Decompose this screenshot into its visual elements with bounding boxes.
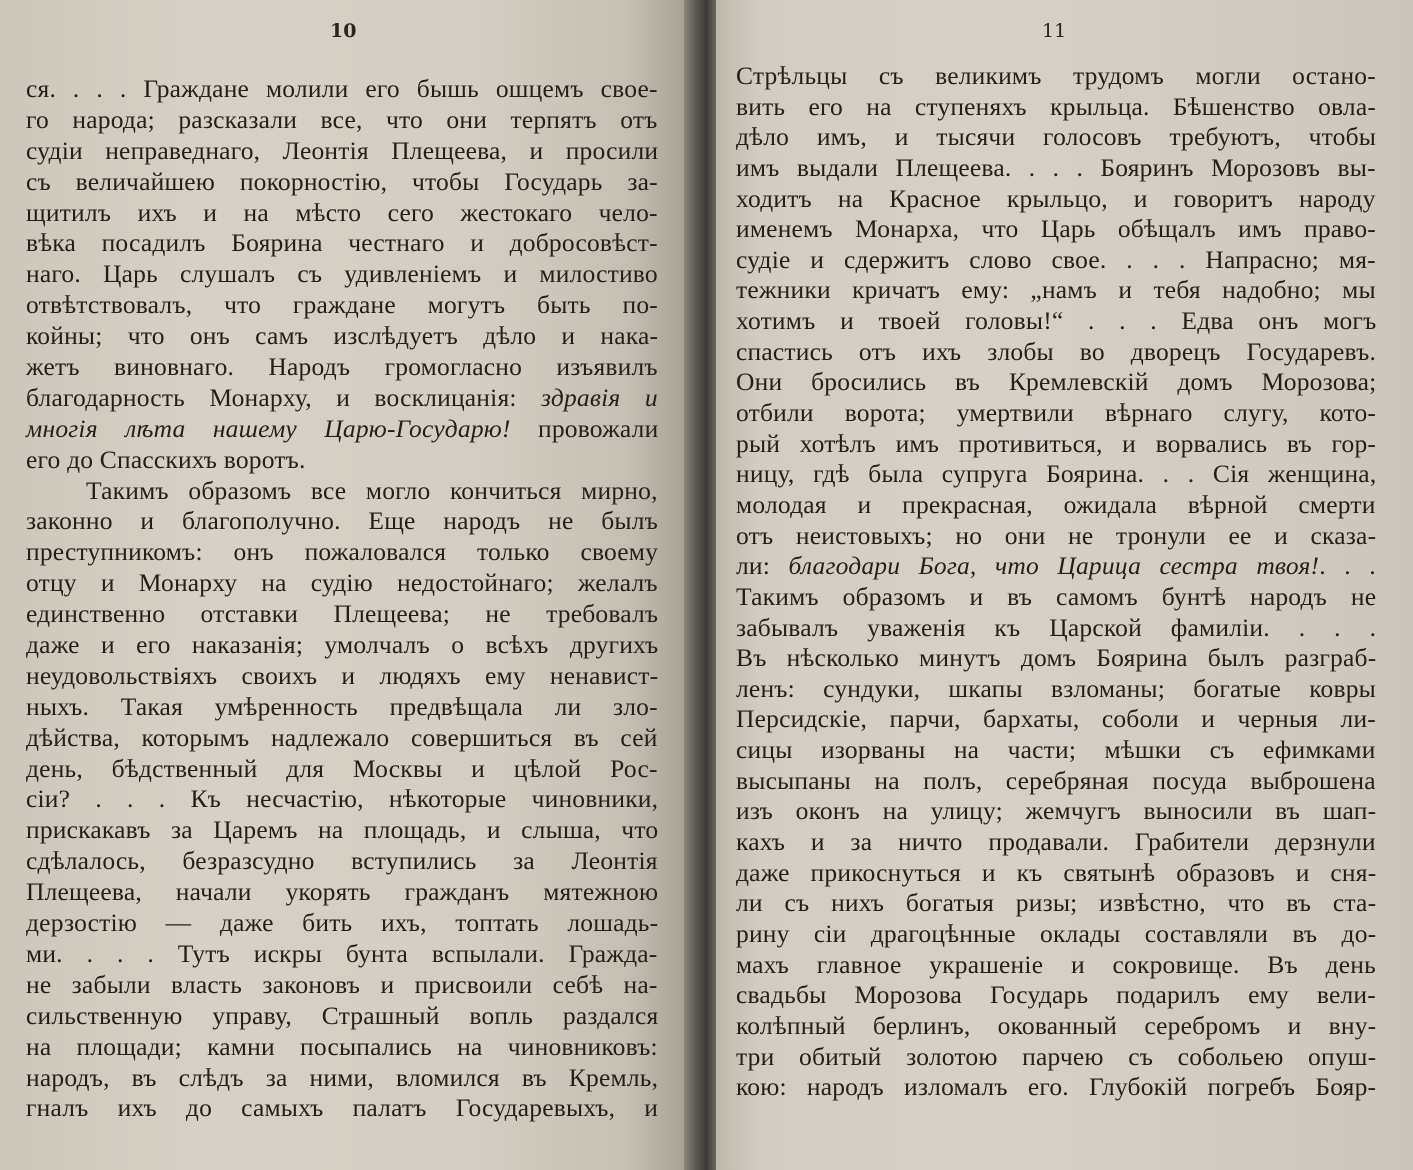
- line-text: отвѣтствовалъ, что граждане могутъ быть …: [26, 290, 658, 319]
- text-line: единственно отставки Плещеева; не требов…: [26, 599, 658, 630]
- text-line: дѣйства, которымъ надлежало совершиться …: [26, 723, 658, 754]
- line-text: кахъ и за ничто продавали. Грабители дер…: [736, 827, 1376, 856]
- line-text: щитилъ ихъ и на мѣсто сего жестокаго чел…: [26, 198, 658, 227]
- page-number: 10: [330, 20, 356, 42]
- line-text: провожали: [511, 414, 659, 443]
- line-text: даже прикоснуться и къ святынѣ образовъ …: [736, 858, 1376, 887]
- text-line: ныхъ. Такая умѣренность предвѣщала ли зл…: [26, 692, 658, 723]
- text-line: Въ нѣсколько минутъ домъ Боярина былъ ра…: [736, 643, 1376, 674]
- line-text: прискакавъ за Царемъ на площадь, и слыша…: [26, 815, 658, 844]
- line-text: Такимъ образомъ и въ самомъ бунтѣ народъ…: [736, 582, 1376, 611]
- text-line: сильственную управу, Страшный вопль разд…: [26, 1001, 658, 1032]
- text-line: неудовольствіяхъ своихъ и людяхъ ему нен…: [26, 661, 658, 692]
- line-text: рину сіи драгоцѣнные оклады составляли в…: [736, 919, 1376, 948]
- text-line: изъ оконъ на улицу; жемчугъ выносили въ …: [736, 796, 1376, 827]
- line-text: сильственную управу, Страшный вопль разд…: [26, 1001, 658, 1030]
- text-line: хотимъ и твоей головы!“ . . . Едва онъ м…: [736, 306, 1376, 337]
- text-line: колѣпный берлинъ, окованный серебромъ и …: [736, 1011, 1376, 1042]
- text-line: Персидскіе, парчи, бархаты, соболи и чер…: [736, 704, 1376, 735]
- text-line: отбили ворота; умертвили вѣрнаго слугу, …: [736, 398, 1376, 429]
- line-text: дѣло имъ, и тысячи голосовъ требуютъ, чт…: [736, 122, 1376, 151]
- italic-quote: многія лѣта нашему Царю-Государю!: [26, 414, 511, 443]
- line-text: Въ нѣсколько минутъ домъ Боярина былъ ра…: [736, 643, 1376, 672]
- line-text: свадьбы Морозова Государь подарилъ ему в…: [736, 980, 1376, 1009]
- text-line: забывалъ уваженія къ Царской фамиліи. . …: [736, 613, 1376, 644]
- line-text: сицы изорваны на части; мѣшки съ ефимкам…: [736, 735, 1376, 764]
- line-text: молодая и прекрасная, ожидала вѣрной сме…: [736, 490, 1376, 519]
- text-line: судіе и сдержитъ слово свое. . . . Напра…: [736, 245, 1376, 276]
- text-line: ходитъ на Красное крыльцо, и говоритъ на…: [736, 184, 1376, 215]
- text-line: именемъ Монарха, что Царь обѣщалъ имъ пр…: [736, 214, 1376, 245]
- line-text: ныхъ. Такая умѣренность предвѣщала ли зл…: [26, 692, 658, 721]
- text-line: го народа; разсказали все, что они терпя…: [26, 105, 658, 136]
- line-text: неудовольствіяхъ своихъ и людяхъ ему нен…: [26, 661, 658, 690]
- line-text: хотимъ и твоей головы!“ . . . Едва онъ м…: [736, 306, 1376, 335]
- text-line: щитилъ ихъ и на мѣсто сего жестокаго чел…: [26, 198, 658, 229]
- text-line: сицы изорваны на части; мѣшки съ ефимкам…: [736, 735, 1376, 766]
- text-line: имъ выдали Плещеева. . . . Бояринъ Мороз…: [736, 153, 1376, 184]
- text-line: ли: благодари Бога, что Царица сестра тв…: [736, 551, 1376, 582]
- text-line: свадьбы Морозова Государь подарилъ ему в…: [736, 980, 1376, 1011]
- text-line: ли съ нихъ богатыя ризы; извѣстно, что в…: [736, 888, 1376, 919]
- line-text: три обитый золотою парчею съ собольею оп…: [736, 1042, 1376, 1071]
- line-text: кою: народъ изломалъ его. Глубокій погре…: [736, 1072, 1376, 1101]
- line-text: сдѣлалось, безразсудно вступились за Лео…: [26, 846, 658, 875]
- text-line: ся. . . . Граждане молили его бышь ошцем…: [26, 74, 658, 105]
- text-line: не забыли власть законовъ и присвоили се…: [26, 970, 658, 1001]
- italic-quote: благодари Бога, что Царица сестра твоя!: [789, 551, 1320, 580]
- line-text: народъ, въ слѣдъ за ними, вломился въ Кр…: [26, 1063, 658, 1092]
- line-text: отъ неистовыхъ; но они не тронули ее и с…: [736, 521, 1376, 550]
- left-page: 10 ся. . . . Граждане молили его бышь ош…: [0, 0, 684, 1170]
- text-line: кою: народъ изломалъ его. Глубокій погре…: [736, 1072, 1376, 1103]
- line-text: Такимъ образомъ все могло кончиться мирн…: [86, 476, 658, 505]
- text-line: рый хотѣлъ имъ противиться, и ворвались …: [736, 429, 1376, 460]
- text-line: три обитый золотою парчею съ собольею оп…: [736, 1042, 1376, 1073]
- line-text: именемъ Монарха, что Царь обѣщалъ имъ пр…: [736, 214, 1376, 243]
- text-line: даже и его наказанія; умолчалъ о всѣхъ д…: [26, 630, 658, 661]
- text-line: гналъ ихъ до самыхъ палатъ Государевыхъ,…: [26, 1093, 658, 1124]
- line-text: даже и его наказанія; умолчалъ о всѣхъ д…: [26, 630, 658, 659]
- text-line: ницу, гдѣ была супруга Боярина. . . Сія …: [736, 459, 1376, 490]
- line-text: Персидскіе, парчи, бархаты, соболи и чер…: [736, 704, 1376, 733]
- line-text: махъ главное украшеніе и сокровище. Въ д…: [736, 950, 1376, 979]
- line-text: ницу, гдѣ была супруга Боярина. . . Сія …: [736, 459, 1376, 488]
- line-text: судіе и сдержитъ слово свое. . . . Напра…: [736, 245, 1376, 274]
- page-body-text: Стрѣльцы съ великимъ трудомъ могли остан…: [736, 61, 1376, 1103]
- text-line: ми. . . . Тутъ искры бунта вспылали. Гра…: [26, 939, 658, 970]
- text-line: жетъ виновнаго. Народъ громогласно изъяв…: [26, 352, 658, 383]
- right-page: 11 Стрѣльцы съ великимъ трудомъ могли ос…: [716, 0, 1413, 1170]
- text-line: вить его на ступеняхъ крыльца. Бѣшенство…: [736, 92, 1376, 123]
- line-text: дерзостію — даже бить ихъ, топтать лошад…: [26, 908, 658, 937]
- line-text: изъ оконъ на улицу; жемчугъ выносили въ …: [736, 796, 1376, 825]
- line-text: не забыли власть законовъ и присвоили се…: [26, 970, 658, 999]
- line-text: Стрѣльцы съ великимъ трудомъ могли остан…: [736, 61, 1376, 90]
- text-line: Плещеева, начали укорять гражданъ мятежн…: [26, 877, 658, 908]
- line-text: единственно отставки Плещеева; не требов…: [26, 599, 658, 628]
- line-text: забывалъ уваженія къ Царской фамиліи. . …: [736, 613, 1376, 642]
- text-line: благодарность Монарху, и восклицанія: зд…: [26, 383, 658, 414]
- line-text: сіи? . . . Къ несчастію, нѣкоторые чинов…: [26, 784, 658, 813]
- line-text: ли:: [736, 551, 789, 580]
- text-line: тежники кричатъ ему: „намъ и тебя надобн…: [736, 275, 1376, 306]
- line-text: высыпаны на полъ, серебряная посуда выбр…: [736, 766, 1376, 795]
- line-text: на площади; камни посыпались на чиновник…: [26, 1032, 658, 1061]
- line-text: вить его на ступеняхъ крыльца. Бѣшенство…: [736, 92, 1376, 121]
- text-line: рину сіи драгоцѣнные оклады составляли в…: [736, 919, 1376, 950]
- line-text: жетъ виновнаго. Народъ громогласно изъяв…: [26, 352, 658, 381]
- text-line: Такимъ образомъ и въ самомъ бунтѣ народъ…: [736, 582, 1376, 613]
- line-text: рый хотѣлъ имъ противиться, и ворвались …: [736, 429, 1376, 458]
- line-text: преступникомъ: онъ пожаловался только св…: [26, 537, 658, 566]
- text-line: койны; что онъ самъ изслѣдуетъ дѣло и на…: [26, 321, 658, 352]
- book-spread: 10 ся. . . . Граждане молили его бышь ош…: [0, 0, 1413, 1170]
- line-text: благодарность Монарху, и восклицанія:: [26, 383, 541, 412]
- line-text: Плещеева, начали укорять гражданъ мятежн…: [26, 877, 658, 906]
- line-text: день, бѣдственный для Москвы и цѣлой Рос…: [26, 754, 658, 783]
- line-text: ленъ: сундуки, шкапы взломаны; богатые к…: [736, 674, 1376, 703]
- line-text: го народа; разсказали все, что они терпя…: [26, 105, 658, 134]
- text-line: день, бѣдственный для Москвы и цѣлой Рос…: [26, 754, 658, 785]
- text-line: отъ неистовыхъ; но они не тронули ее и с…: [736, 521, 1376, 552]
- text-line: законно и благополучно. Еще народъ не бы…: [26, 506, 658, 537]
- text-line: Такимъ образомъ все могло кончиться мирн…: [26, 476, 658, 507]
- text-line: отцу и Монарху на судію недостойнаго; же…: [26, 568, 658, 599]
- line-text: имъ выдали Плещеева. . . . Бояринъ Мороз…: [736, 153, 1376, 182]
- line-text: съ величайшею покорностію, чтобы Государ…: [26, 167, 658, 196]
- text-line: сіи? . . . Къ несчастію, нѣкоторые чинов…: [26, 784, 658, 815]
- line-text: вѣка посадилъ Боярина честнаго и добросо…: [26, 228, 658, 257]
- text-line: даже прикоснуться и къ святынѣ образовъ …: [736, 858, 1376, 889]
- line-text: гналъ ихъ до самыхъ палатъ Государевыхъ,…: [26, 1093, 658, 1122]
- line-text: его до Спасскихъ воротъ.: [26, 445, 306, 474]
- text-line: сдѣлалось, безразсудно вступились за Лео…: [26, 846, 658, 877]
- text-line: дѣло имъ, и тысячи голосовъ требуютъ, чт…: [736, 122, 1376, 153]
- line-text: дѣйства, которымъ надлежало совершиться …: [26, 723, 658, 752]
- line-text: ми. . . . Тутъ искры бунта вспылали. Гра…: [26, 939, 658, 968]
- text-line: спастись отъ ихъ злобы во дворецъ Госуда…: [736, 337, 1376, 368]
- line-text: ходитъ на Красное крыльцо, и говоритъ на…: [736, 184, 1376, 213]
- text-line: молодая и прекрасная, ожидала вѣрной сме…: [736, 490, 1376, 521]
- line-text: судіи неправеднаго, Леонтія Плещеева, и …: [26, 136, 658, 165]
- line-text: Они бросились въ Кремлевскій домъ Морозо…: [736, 367, 1376, 396]
- text-line: на площади; камни посыпались на чиновник…: [26, 1032, 658, 1063]
- line-text: колѣпный берлинъ, окованный серебромъ и …: [736, 1011, 1376, 1040]
- text-line: судіи неправеднаго, Леонтія Плещеева, и …: [26, 136, 658, 167]
- line-text: отцу и Монарху на судію недостойнаго; же…: [26, 568, 658, 597]
- line-text: тежники кричатъ ему: „намъ и тебя надобн…: [736, 275, 1376, 304]
- text-line: дерзостію — даже бить ихъ, топтать лошад…: [26, 908, 658, 939]
- text-line: Они бросились въ Кремлевскій домъ Морозо…: [736, 367, 1376, 398]
- line-text: . . .: [1319, 551, 1376, 580]
- text-line: его до Спасскихъ воротъ.: [26, 445, 658, 476]
- page-body-text: ся. . . . Граждане молили его бышь ошцем…: [26, 74, 658, 1124]
- text-line: наго. Царь слушалъ съ удивленіемъ и мило…: [26, 259, 658, 290]
- line-text: ли съ нихъ богатыя ризы; извѣстно, что в…: [736, 888, 1376, 917]
- text-line: Стрѣльцы съ великимъ трудомъ могли остан…: [736, 61, 1376, 92]
- line-text: наго. Царь слушалъ съ удивленіемъ и мило…: [26, 259, 658, 288]
- text-line: махъ главное украшеніе и сокровище. Въ д…: [736, 950, 1376, 981]
- book-gutter: [684, 0, 716, 1170]
- text-line: съ величайшею покорностію, чтобы Государ…: [26, 167, 658, 198]
- line-text: спастись отъ ихъ злобы во дворецъ Госуда…: [736, 337, 1376, 366]
- line-text: ся. . . . Граждане молили его бышь ошцем…: [26, 74, 658, 103]
- text-line: вѣка посадилъ Боярина честнаго и добросо…: [26, 228, 658, 259]
- line-text: законно и благополучно. Еще народъ не бы…: [26, 506, 658, 535]
- italic-quote: здравія и: [541, 383, 658, 412]
- text-line: отвѣтствовалъ, что граждане могутъ быть …: [26, 290, 658, 321]
- text-line: преступникомъ: онъ пожаловался только св…: [26, 537, 658, 568]
- text-line: прискакавъ за Царемъ на площадь, и слыша…: [26, 815, 658, 846]
- text-line: народъ, въ слѣдъ за ними, вломился въ Кр…: [26, 1063, 658, 1094]
- line-text: койны; что онъ самъ изслѣдуетъ дѣло и на…: [26, 321, 658, 350]
- page-number: 11: [1042, 20, 1066, 42]
- text-line: многія лѣта нашему Царю-Государю! провож…: [26, 414, 658, 445]
- line-text: отбили ворота; умертвили вѣрнаго слугу, …: [736, 398, 1376, 427]
- text-line: кахъ и за ничто продавали. Грабители дер…: [736, 827, 1376, 858]
- text-line: ленъ: сундуки, шкапы взломаны; богатые к…: [736, 674, 1376, 705]
- text-line: высыпаны на полъ, серебряная посуда выбр…: [736, 766, 1376, 797]
